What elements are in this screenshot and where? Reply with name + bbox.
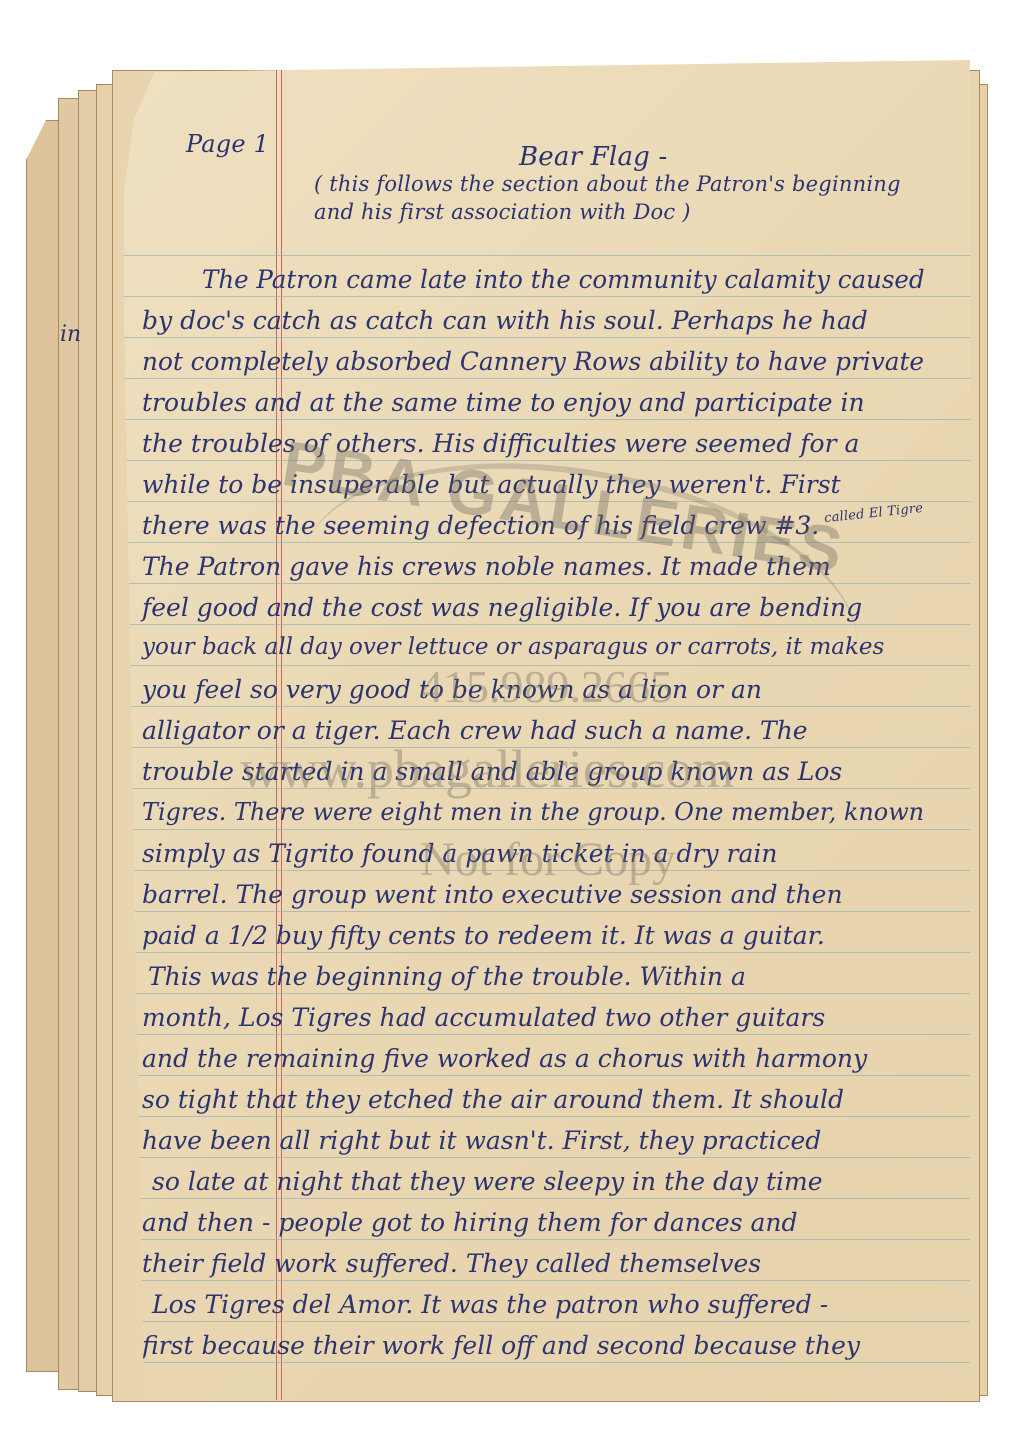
- body-line: month, Los Tigres had accumulated two ot…: [142, 1003, 825, 1032]
- rule-line: [124, 296, 970, 297]
- body-line: by doc's catch as catch can with his sou…: [142, 306, 868, 335]
- rule-line: [124, 993, 970, 994]
- rule-line: [124, 1362, 970, 1363]
- body-line: paid a 1/2 buy fifty cents to redeem it.…: [142, 921, 825, 950]
- body-line: and then - people got to hiring them for…: [142, 1208, 798, 1237]
- body-line: their field work suffered. They called t…: [142, 1249, 761, 1278]
- under-page-fragment: in: [60, 322, 81, 347]
- rule-line: [124, 255, 970, 256]
- rule-line: [124, 1116, 970, 1117]
- subtitle-line-2: and his first association with Doc ): [314, 200, 691, 224]
- body-line: Tigres. There were eight men in the grou…: [142, 798, 924, 826]
- body-line: so tight that they etched the air around…: [142, 1085, 844, 1114]
- rule-line: [124, 1239, 970, 1240]
- body-line: first because their work fell off and se…: [142, 1331, 860, 1360]
- rule-line: [124, 747, 970, 748]
- rule-line: [124, 788, 970, 789]
- rule-line: [124, 1034, 970, 1035]
- rule-line: [124, 952, 970, 953]
- subtitle-line-1: ( this follows the section about the Pat…: [314, 172, 901, 196]
- body-line: not completely absorbed Cannery Rows abi…: [142, 347, 924, 376]
- rule-line: [124, 1157, 970, 1158]
- body-line: Los Tigres del Amor. It was the patron w…: [152, 1290, 828, 1319]
- body-line: The Patron came late into the community …: [202, 265, 925, 294]
- rule-line: [124, 911, 970, 912]
- body-line: have been all right but it wasn't. First…: [142, 1126, 821, 1155]
- body-line: barrel. The group went into executive se…: [142, 880, 843, 909]
- rule-line: [124, 419, 970, 420]
- insertion-note: called El Tigre: [823, 501, 923, 526]
- rule-line: [124, 870, 970, 871]
- rule-line: [124, 1280, 970, 1281]
- page-label: Page 1: [186, 130, 269, 158]
- body-line: simply as Tigrito found a pawn ticket in…: [142, 839, 777, 868]
- rule-line: [124, 1198, 970, 1199]
- rule-line: [124, 337, 970, 338]
- body-line: This was the beginning of the trouble. W…: [148, 962, 746, 991]
- rule-line: [124, 829, 970, 830]
- body-line: the troubles of others. His difficulties…: [142, 429, 859, 458]
- rule-line: [124, 460, 970, 461]
- rule-line: [124, 1321, 970, 1322]
- body-line: and the remaining five worked as a choru…: [142, 1044, 867, 1073]
- rule-line: [124, 1075, 970, 1076]
- body-line: troubles and at the same time to enjoy a…: [142, 388, 865, 417]
- document-title: Bear Flag -: [519, 142, 667, 172]
- body-line: so late at night that they were sleepy i…: [152, 1167, 823, 1196]
- rule-line: [124, 378, 970, 379]
